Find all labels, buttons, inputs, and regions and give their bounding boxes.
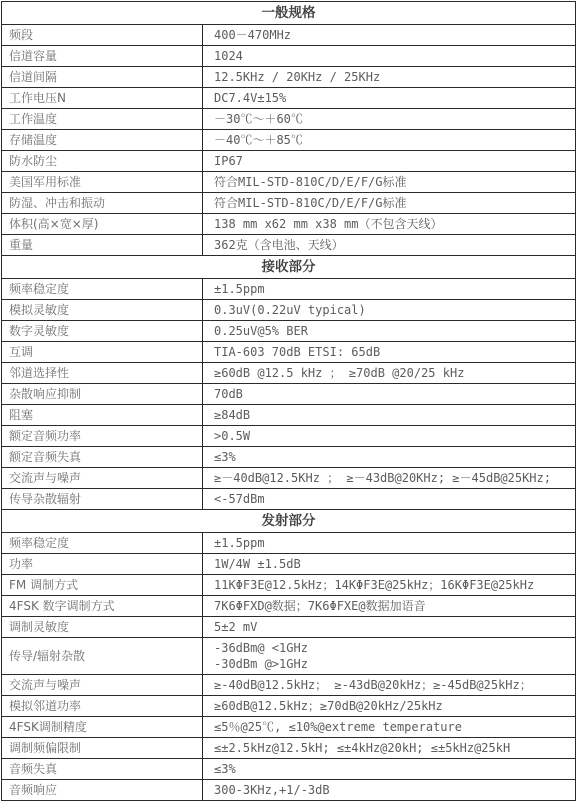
spec-label: 传导/辐射杂散 (2, 638, 203, 675)
spec-row: 信道间隔12.5KHz / 20KHz / 25KHz (2, 67, 576, 88)
spec-row: 模拟灵敏度0.3uV(0.22uV typical) (2, 300, 576, 321)
spec-label: 音频响应 (2, 780, 203, 801)
spec-row: 传导杂散辐射<-57dBm (2, 489, 576, 510)
spec-value: ≥-40dB@12.5kHz； ≥-43dB@20kHz；≥-45dB@25kH… (203, 675, 576, 696)
spec-value: 11KΦF3E@12.5kHz；14KΦF3E@25kHz；16KΦF3E@25… (203, 575, 576, 596)
spec-row: 模拟邻道功率≥60dB@12.5kHz；≥70dB@20kHz/25kHz (2, 696, 576, 717)
spec-row: 数字灵敏度0.25uV@5% BER (2, 321, 576, 342)
section-header-row: 接收部分 (2, 256, 576, 279)
spec-row: 信道容量1024 (2, 46, 576, 67)
spec-value: TIA-603 70dB ETSI: 65dB (203, 342, 576, 363)
section-header-row: 发射部分 (2, 510, 576, 533)
spec-row: 互调TIA-603 70dB ETSI: 65dB (2, 342, 576, 363)
spec-row: 工作温度－30℃～＋60℃ (2, 109, 576, 130)
spec-label: 频率稳定度 (2, 279, 203, 300)
spec-label: 工作电压N (2, 88, 203, 109)
spec-label: 数字灵敏度 (2, 321, 203, 342)
spec-row: 4FSK调制精度≤5％@25℃, ≤10%@extreme temperatur… (2, 717, 576, 738)
spec-row: 防湿、冲击和振动符合MIL-STD-810C/D/E/F/G标准 (2, 193, 576, 214)
spec-label: 杂散响应抑制 (2, 384, 203, 405)
spec-row: 交流声与噪声≥-40dB@12.5kHz； ≥-43dB@20kHz；≥-45d… (2, 675, 576, 696)
spec-table-body: 一般规格频段400－470MHz信道容量1024信道间隔12.5KHz / 20… (2, 2, 576, 801)
spec-row: 调制灵敏度5±2 mV (2, 617, 576, 638)
spec-row: 重量362克（含电池、天线） (2, 235, 576, 256)
spec-value: 5±2 mV (203, 617, 576, 638)
spec-value: －30℃～＋60℃ (203, 109, 576, 130)
spec-label: 防水防尘 (2, 151, 203, 172)
spec-row: 体积(高×宽×厚)138 mm x62 mm x38 mm（不包含天线） (2, 214, 576, 235)
spec-row: 传导/辐射杂散-36dBm@ <1GHz -30dBm @>1GHz (2, 638, 576, 675)
spec-row: 防水防尘IP67 (2, 151, 576, 172)
spec-label: 模拟灵敏度 (2, 300, 203, 321)
spec-label: 4FSK 数字调制方式 (2, 596, 203, 617)
spec-value: 0.3uV(0.22uV typical) (203, 300, 576, 321)
section-header-row: 一般规格 (2, 2, 576, 25)
spec-table: 一般规格频段400－470MHz信道容量1024信道间隔12.5KHz / 20… (1, 1, 576, 801)
spec-value: 符合MIL-STD-810C/D/E/F/G标准 (203, 172, 576, 193)
spec-value: 138 mm x62 mm x38 mm（不包含天线） (203, 214, 576, 235)
spec-label: 额定音频功率 (2, 426, 203, 447)
spec-row: 功率1W/4W ±1.5dB (2, 554, 576, 575)
spec-value: IP67 (203, 151, 576, 172)
spec-value: ≤5％@25℃, ≤10%@extreme temperature (203, 717, 576, 738)
spec-value: ≤3% (203, 759, 576, 780)
spec-label: 体积(高×宽×厚) (2, 214, 203, 235)
spec-row: 音频响应300-3KHz,+1/-3dB (2, 780, 576, 801)
spec-label: 4FSK调制精度 (2, 717, 203, 738)
spec-value: 70dB (203, 384, 576, 405)
spec-value: 362克（含电池、天线） (203, 235, 576, 256)
spec-label: 美国军用标准 (2, 172, 203, 193)
spec-value: ≤3% (203, 447, 576, 468)
spec-label: 模拟邻道功率 (2, 696, 203, 717)
spec-row: 4FSK 数字调制方式7K6ΦFXD@数据；7K6ΦFXE@数据加语音 (2, 596, 576, 617)
spec-label: 互调 (2, 342, 203, 363)
spec-value: ≥－40dB@12.5KHz ； ≥－43dB@20KHz; ≥－45dB@25… (203, 468, 576, 489)
spec-label: 防湿、冲击和振动 (2, 193, 203, 214)
spec-value: ≥60dB @12.5 kHz ； ≥70dB @20/25 kHz (203, 363, 576, 384)
spec-value: ±1.5ppm (203, 533, 576, 554)
spec-value: 1W/4W ±1.5dB (203, 554, 576, 575)
spec-label: 频段 (2, 25, 203, 46)
spec-value: 1024 (203, 46, 576, 67)
spec-row: 调制频偏限制≤±2.5kHz@12.5kH; ≤±4kHz@20kH; ≤±5k… (2, 738, 576, 759)
spec-value: －40℃～＋85℃ (203, 130, 576, 151)
section-title: 接收部分 (2, 256, 576, 279)
spec-label: 工作温度 (2, 109, 203, 130)
spec-value: -36dBm@ <1GHz -30dBm @>1GHz (203, 638, 576, 675)
spec-value: ±1.5ppm (203, 279, 576, 300)
spec-row: 工作电压NDC7.4V±15% (2, 88, 576, 109)
spec-label: 信道间隔 (2, 67, 203, 88)
spec-label: 调制频偏限制 (2, 738, 203, 759)
spec-sheet: 一般规格频段400－470MHz信道容量1024信道间隔12.5KHz / 20… (1, 1, 576, 801)
spec-row: 存储温度－40℃～＋85℃ (2, 130, 576, 151)
spec-label: FM 调制方式 (2, 575, 203, 596)
spec-row: 交流声与噪声≥－40dB@12.5KHz ； ≥－43dB@20KHz; ≥－4… (2, 468, 576, 489)
spec-value: 0.25uV@5% BER (203, 321, 576, 342)
spec-label: 信道容量 (2, 46, 203, 67)
spec-label: 功率 (2, 554, 203, 575)
spec-label: 存储温度 (2, 130, 203, 151)
spec-value: ≥60dB@12.5kHz；≥70dB@20kHz/25kHz (203, 696, 576, 717)
spec-label: 音频失真 (2, 759, 203, 780)
spec-value: 7K6ΦFXD@数据；7K6ΦFXE@数据加语音 (203, 596, 576, 617)
section-title: 一般规格 (2, 2, 576, 25)
spec-label: 交流声与噪声 (2, 675, 203, 696)
spec-value: ≥84dB (203, 405, 576, 426)
spec-row: 额定音频失真≤3% (2, 447, 576, 468)
spec-value: 符合MIL-STD-810C/D/E/F/G标准 (203, 193, 576, 214)
section-title: 发射部分 (2, 510, 576, 533)
spec-label: 额定音频失真 (2, 447, 203, 468)
spec-label: 阻塞 (2, 405, 203, 426)
spec-value: 12.5KHz / 20KHz / 25KHz (203, 67, 576, 88)
spec-label: 交流声与噪声 (2, 468, 203, 489)
spec-row: 频率稳定度±1.5ppm (2, 533, 576, 554)
spec-row: 美国军用标准符合MIL-STD-810C/D/E/F/G标准 (2, 172, 576, 193)
spec-value: <-57dBm (203, 489, 576, 510)
spec-label: 调制灵敏度 (2, 617, 203, 638)
spec-label: 频率稳定度 (2, 533, 203, 554)
spec-row: 频率稳定度±1.5ppm (2, 279, 576, 300)
spec-value: DC7.4V±15% (203, 88, 576, 109)
spec-label: 传导杂散辐射 (2, 489, 203, 510)
spec-value: 400－470MHz (203, 25, 576, 46)
spec-label: 重量 (2, 235, 203, 256)
spec-row: 杂散响应抑制70dB (2, 384, 576, 405)
spec-row: 阻塞≥84dB (2, 405, 576, 426)
spec-row: FM 调制方式11KΦF3E@12.5kHz；14KΦF3E@25kHz；16K… (2, 575, 576, 596)
spec-row: 邻道选择性≥60dB @12.5 kHz ； ≥70dB @20/25 kHz (2, 363, 576, 384)
spec-label: 邻道选择性 (2, 363, 203, 384)
spec-value: >0.5W (203, 426, 576, 447)
spec-row: 额定音频功率>0.5W (2, 426, 576, 447)
spec-row: 音频失真≤3% (2, 759, 576, 780)
spec-value: ≤±2.5kHz@12.5kH; ≤±4kHz@20kH; ≤±5kHz@25k… (203, 738, 576, 759)
spec-value: 300-3KHz,+1/-3dB (203, 780, 576, 801)
spec-row: 频段400－470MHz (2, 25, 576, 46)
